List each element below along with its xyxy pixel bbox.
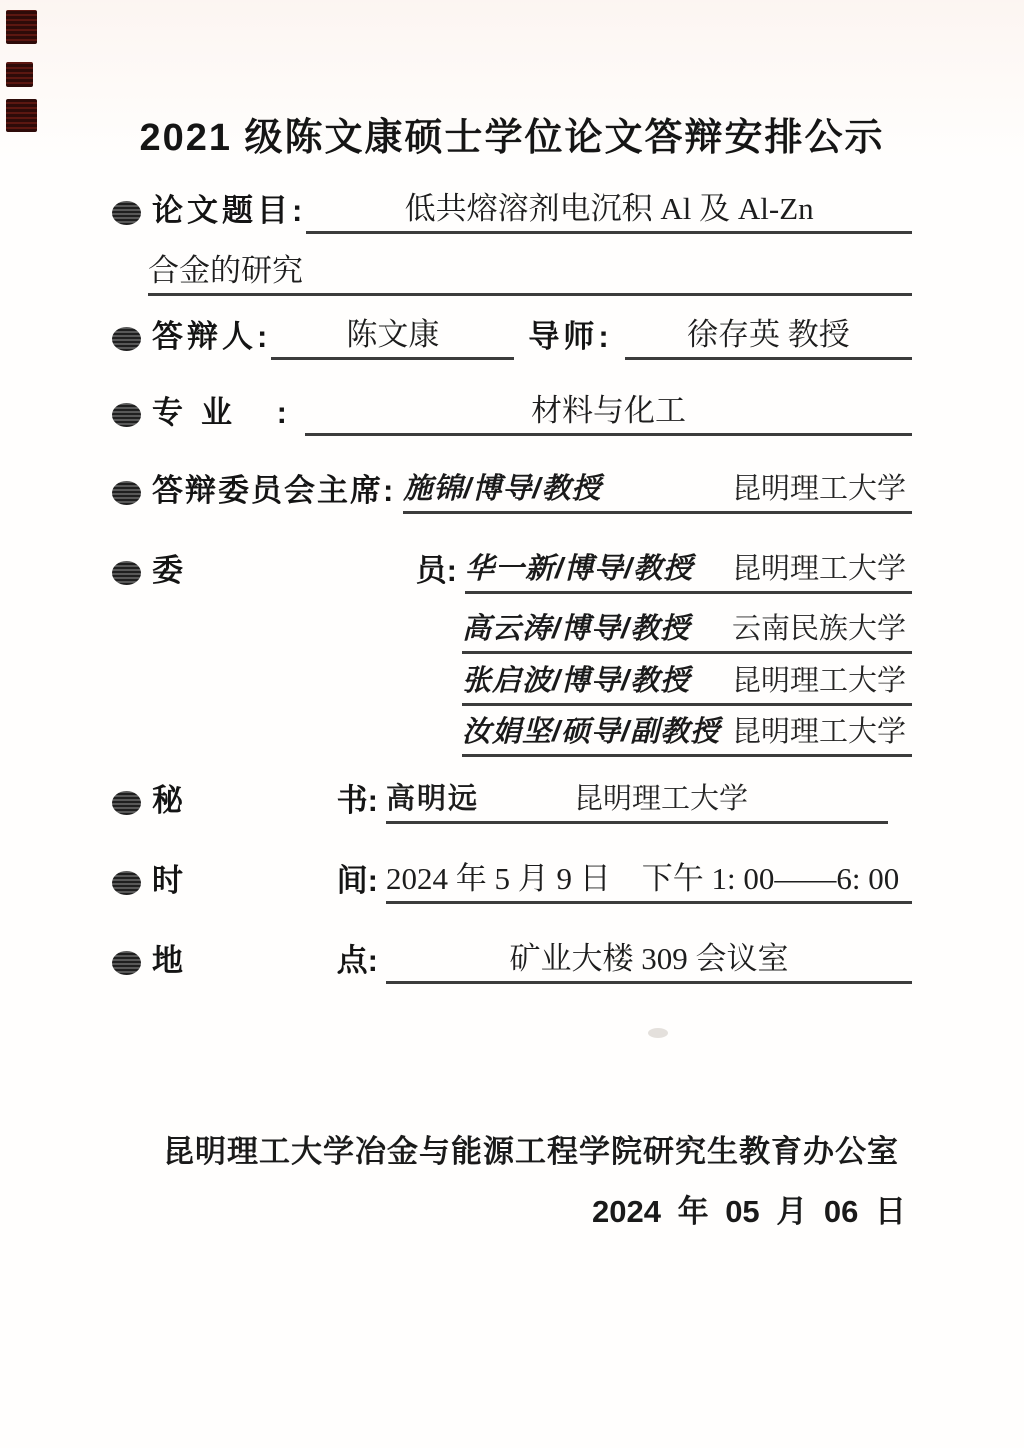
field-secretary: 秘 书: 高明远 昆明理工大学 [112, 776, 888, 824]
committee-member-name: 高云涛/博导/教授 [462, 607, 690, 651]
advisor-label: 导师: [528, 314, 612, 360]
scan-artifact-bar [6, 10, 37, 44]
committee-label: 委 员: [152, 548, 457, 594]
bullet-icon [112, 871, 141, 895]
committee-member-affiliation: 昆明理工大学 [732, 547, 912, 591]
field-time: 时 间: 2024 年 5 月 9 日 下午 1: 00——6: 00 [112, 856, 912, 904]
chair-name: 施锦/博导/教授 [403, 467, 601, 511]
secretary-label: 秘 书: [152, 778, 378, 824]
field-defender: 答辩人: 陈文康 导师: 徐存英 教授 [112, 312, 912, 360]
time-value: 2024 年 5 月 9 日 下午 1: 00——6: 00 [386, 856, 912, 904]
venue-label: 地 点: [152, 938, 378, 984]
chair-value: 施锦/博导/教授 昆明理工大学 [403, 466, 912, 514]
secretary-name: 高明远 [386, 777, 479, 821]
committee-member-name: 张启波/博导/教授 [462, 659, 690, 703]
bullet-icon [112, 561, 141, 585]
secretary-affiliation: 昆明理工大学 [574, 777, 754, 821]
field-major: 专业 : 材料与化工 [112, 388, 912, 436]
field-chair: 答辩委员会主席: 施锦/博导/教授 昆明理工大学 [112, 466, 912, 514]
bullet-icon [112, 791, 141, 815]
defender-value: 陈文康 [271, 312, 514, 360]
defender-label: 答辩人: [152, 314, 271, 360]
bullet-icon [112, 327, 141, 351]
thesis-title-line1: 低共熔溶剂电沉积 Al 及 Al-Zn [306, 186, 912, 234]
committee-member-row: 张启波/博导/教授 昆明理工大学 [462, 658, 912, 706]
field-thesis-title-line2: 合金的研究 [148, 248, 912, 296]
committee-member-row: 高云涛/博导/教授 云南民族大学 [462, 606, 912, 654]
bullet-icon [112, 481, 141, 505]
committee-member-affiliation: 云南民族大学 [732, 607, 912, 651]
major-label: 专业 : [152, 390, 305, 436]
major-value: 材料与化工 [305, 388, 912, 436]
page-title: 2021 级陈文康硕士学位论文答辩安排公示 [0, 106, 1024, 161]
bullet-icon [112, 951, 141, 975]
bullet-icon [112, 403, 141, 427]
field-venue: 地 点: 矿业大楼 309 会议室 [112, 936, 912, 984]
advisor-value: 徐存英 教授 [625, 312, 912, 360]
committee-member-row: 华一新/博导/教授 昆明理工大学 [465, 546, 912, 594]
scan-smudge [648, 1028, 668, 1038]
committee-member-affiliation: 昆明理工大学 [732, 710, 912, 754]
committee-member-row: 汝娟坚/硕导/副教授 昆明理工大学 [462, 709, 912, 757]
secretary-value: 高明远 昆明理工大学 [386, 776, 888, 824]
committee-member-affiliation: 昆明理工大学 [732, 659, 912, 703]
committee-member-name: 汝娟坚/硕导/副教授 [462, 710, 720, 754]
chair-affiliation: 昆明理工大学 [732, 467, 912, 511]
field-thesis-title: 论文题目: 低共熔溶剂电沉积 Al 及 Al-Zn [112, 186, 912, 234]
venue-value: 矿业大楼 309 会议室 [386, 936, 912, 984]
thesis-title-label: 论文题目: [152, 188, 306, 234]
scan-artifact-bar [6, 62, 33, 87]
field-committee: 委 员: 华一新/博导/教授 昆明理工大学 [112, 546, 912, 594]
time-label: 时 间: [152, 858, 378, 904]
scanned-notice-page: 2021 级陈文康硕士学位论文答辩安排公示 论文题目: 低共熔溶剂电沉积 Al … [0, 0, 1024, 1448]
footer-date: 2024 年 05 月 06 日 [0, 1186, 906, 1231]
committee-member-name: 华一新/博导/教授 [465, 547, 693, 591]
footer-office: 昆明理工大学冶金与能源工程学院研究生教育办公室 [150, 1126, 912, 1171]
bullet-icon [112, 201, 141, 225]
chair-label: 答辩委员会主席: [152, 468, 395, 514]
thesis-title-line2: 合金的研究 [148, 248, 912, 296]
